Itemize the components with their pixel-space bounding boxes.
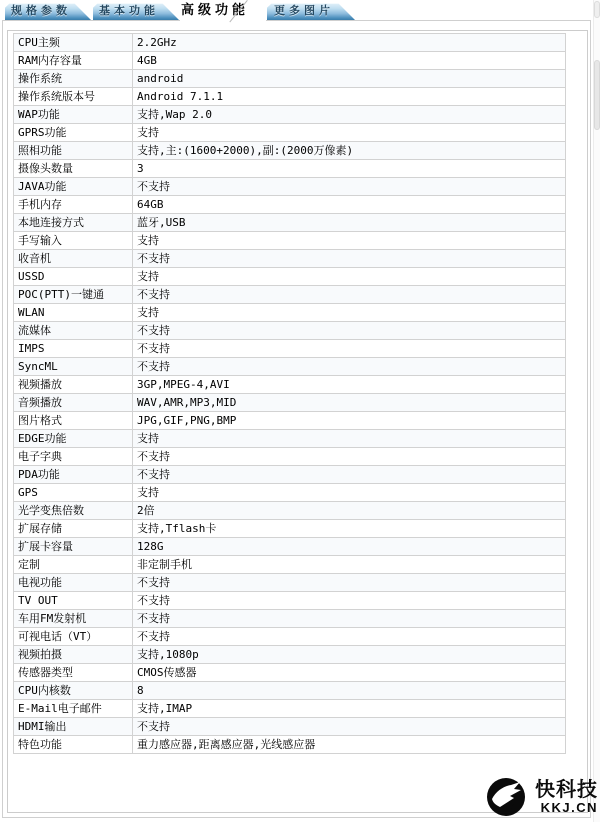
spec-label: IMPS xyxy=(14,340,133,358)
spec-value: 不支持 xyxy=(133,448,566,466)
spec-row: RAM内存容量4GB xyxy=(14,52,566,70)
spec-row: WLAN支持 xyxy=(14,304,566,322)
spec-value: 2.2GHz xyxy=(133,34,566,52)
spec-label: E-Mail电子邮件 xyxy=(14,700,133,718)
spec-row: 传感器类型CMOS传感器 xyxy=(14,664,566,682)
spec-label: 手机内存 xyxy=(14,196,133,214)
spec-value: android xyxy=(133,70,566,88)
spec-row: POC(PTT)一键通不支持 xyxy=(14,286,566,304)
spec-value: 不支持 xyxy=(133,340,566,358)
spec-value: 64GB xyxy=(133,196,566,214)
spec-label: CPU内核数 xyxy=(14,682,133,700)
tab-advanced-functions[interactable]: 高级功能 xyxy=(180,0,266,22)
spec-label: SyncML xyxy=(14,358,133,376)
spec-value: 非定制手机 xyxy=(133,556,566,574)
spec-row: 车用FM发射机不支持 xyxy=(14,610,566,628)
spec-label: GPRS功能 xyxy=(14,124,133,142)
spec-label: 本地连接方式 xyxy=(14,214,133,232)
tab-basic-functions[interactable]: 基本功能 xyxy=(93,3,179,20)
spec-row: 扩展存储支持,Tflash卡 xyxy=(14,520,566,538)
spec-value: 支持 xyxy=(133,268,566,286)
spec-value: 不支持 xyxy=(133,286,566,304)
spec-label: 视频播放 xyxy=(14,376,133,394)
spec-row: 照相功能支持,主:(1600+2000),副:(2000万像素) xyxy=(14,142,566,160)
spec-row: CPU主频2.2GHz xyxy=(14,34,566,52)
spec-row: 视频拍摄支持,1080p xyxy=(14,646,566,664)
spec-row: PDA功能不支持 xyxy=(14,466,566,484)
spec-label: WAP功能 xyxy=(14,106,133,124)
spec-row: 操作系统版本号Android 7.1.1 xyxy=(14,88,566,106)
spec-label: 操作系统 xyxy=(14,70,133,88)
scroll-up-button[interactable] xyxy=(594,1,600,18)
spec-row: 定制非定制手机 xyxy=(14,556,566,574)
spec-label: 手写输入 xyxy=(14,232,133,250)
spec-row: E-Mail电子邮件支持,IMAP xyxy=(14,700,566,718)
spec-row: HDMI输出不支持 xyxy=(14,718,566,736)
spec-label: PDA功能 xyxy=(14,466,133,484)
spec-value: 不支持 xyxy=(133,466,566,484)
spec-row: 电视功能不支持 xyxy=(14,574,566,592)
spec-value: 128G xyxy=(133,538,566,556)
scrollbar-thumb[interactable] xyxy=(594,60,600,130)
spec-value: 不支持 xyxy=(133,250,566,268)
spec-label: 传感器类型 xyxy=(14,664,133,682)
spec-label: 操作系统版本号 xyxy=(14,88,133,106)
spec-label: WLAN xyxy=(14,304,133,322)
spec-row: CPU内核数8 xyxy=(14,682,566,700)
spec-row: 收音机不支持 xyxy=(14,250,566,268)
spec-value: 支持 xyxy=(133,304,566,322)
scrollbar[interactable] xyxy=(593,0,600,822)
spec-label: 光学变焦倍数 xyxy=(14,502,133,520)
spec-value: 蓝牙,USB xyxy=(133,214,566,232)
spec-row: 流媒体不支持 xyxy=(14,322,566,340)
spec-label: 特色功能 xyxy=(14,736,133,754)
spec-value: 支持 xyxy=(133,232,566,250)
tab-label: 更多图片 xyxy=(267,3,341,20)
spec-value: 不支持 xyxy=(133,358,566,376)
spec-row: 操作系统android xyxy=(14,70,566,88)
watermark-text: 快科技 KKJ.CN xyxy=(528,779,598,815)
spec-label: JAVA功能 xyxy=(14,178,133,196)
spec-label: GPS xyxy=(14,484,133,502)
spec-label: 视频拍摄 xyxy=(14,646,133,664)
spec-label: EDGE功能 xyxy=(14,430,133,448)
spec-row: 本地连接方式蓝牙,USB xyxy=(14,214,566,232)
spec-row: 摄像头数量3 xyxy=(14,160,566,178)
spec-row: GPRS功能支持 xyxy=(14,124,566,142)
spec-value: 支持,1080p xyxy=(133,646,566,664)
tab-spec-params[interactable]: 规格参数 xyxy=(5,3,91,20)
spec-row: 图片格式JPG,GIF,PNG,BMP xyxy=(14,412,566,430)
spec-value: 支持 xyxy=(133,484,566,502)
tab-bar: 规格参数 基本功能 高级功能 更多图片 xyxy=(0,0,600,22)
spec-label: 照相功能 xyxy=(14,142,133,160)
spec-value: 支持,Tflash卡 xyxy=(133,520,566,538)
spec-value: 不支持 xyxy=(133,718,566,736)
spec-value: 不支持 xyxy=(133,592,566,610)
spec-label: RAM内存容量 xyxy=(14,52,133,70)
spec-row: 手写输入支持 xyxy=(14,232,566,250)
tab-label: 基本功能 xyxy=(93,3,165,20)
spec-row: 可视电话（VT）不支持 xyxy=(14,628,566,646)
spec-value: 3 xyxy=(133,160,566,178)
spec-value: 3GP,MPEG-4,AVI xyxy=(133,376,566,394)
lightning-arrow-icon xyxy=(486,777,526,817)
spec-row: TV OUT不支持 xyxy=(14,592,566,610)
tab-more-images[interactable]: 更多图片 xyxy=(267,3,355,20)
spec-label: 扩展存储 xyxy=(14,520,133,538)
spec-row: SyncML不支持 xyxy=(14,358,566,376)
spec-value: 支持 xyxy=(133,430,566,448)
spec-value: 重力感应器,距离感应器,光线感应器 xyxy=(133,736,566,754)
site-watermark: 快科技 KKJ.CN xyxy=(486,776,598,818)
spec-row: WAP功能支持,Wap 2.0 xyxy=(14,106,566,124)
spec-value: 支持,IMAP xyxy=(133,700,566,718)
spec-label: CPU主频 xyxy=(14,34,133,52)
spec-row: USSD支持 xyxy=(14,268,566,286)
spec-row: IMPS不支持 xyxy=(14,340,566,358)
content-panel: CPU主频2.2GHzRAM内存容量4GB操作系统android操作系统版本号A… xyxy=(2,20,591,818)
spec-label: 定制 xyxy=(14,556,133,574)
spec-value: 不支持 xyxy=(133,322,566,340)
spec-value: 支持 xyxy=(133,124,566,142)
spec-table-wrapper: CPU主频2.2GHzRAM内存容量4GB操作系统android操作系统版本号A… xyxy=(7,30,588,813)
watermark-site-domain: KKJ.CN xyxy=(528,801,598,815)
spec-label: 收音机 xyxy=(14,250,133,268)
spec-row: 手机内存64GB xyxy=(14,196,566,214)
spec-label: HDMI输出 xyxy=(14,718,133,736)
spec-label: 可视电话（VT） xyxy=(14,628,133,646)
spec-row: 视频播放3GP,MPEG-4,AVI xyxy=(14,376,566,394)
spec-value: 2倍 xyxy=(133,502,566,520)
tab-label: 规格参数 xyxy=(5,3,77,20)
spec-value: 不支持 xyxy=(133,178,566,196)
spec-row: 特色功能重力感应器,距离感应器,光线感应器 xyxy=(14,736,566,754)
spec-table: CPU主频2.2GHzRAM内存容量4GB操作系统android操作系统版本号A… xyxy=(13,33,566,754)
spec-value: 支持,Wap 2.0 xyxy=(133,106,566,124)
spec-value: WAV,AMR,MP3,MID xyxy=(133,394,566,412)
spec-value: 不支持 xyxy=(133,628,566,646)
spec-row: 电子字典不支持 xyxy=(14,448,566,466)
spec-value: CMOS传感器 xyxy=(133,664,566,682)
spec-label: 电视功能 xyxy=(14,574,133,592)
spec-value: JPG,GIF,PNG,BMP xyxy=(133,412,566,430)
spec-label: 车用FM发射机 xyxy=(14,610,133,628)
spec-row: 音频播放WAV,AMR,MP3,MID xyxy=(14,394,566,412)
spec-label: 图片格式 xyxy=(14,412,133,430)
spec-label: 音频播放 xyxy=(14,394,133,412)
spec-value: 不支持 xyxy=(133,610,566,628)
spec-label: 摄像头数量 xyxy=(14,160,133,178)
spec-value: 4GB xyxy=(133,52,566,70)
spec-row: GPS支持 xyxy=(14,484,566,502)
spec-row: EDGE功能支持 xyxy=(14,430,566,448)
spec-value: 8 xyxy=(133,682,566,700)
watermark-site-name: 快科技 xyxy=(528,779,598,801)
phone-spec-page: 规格参数 基本功能 高级功能 更多图片 CPU主频2.2GHzRAM内存容量4G… xyxy=(0,0,600,822)
spec-label: 电子字典 xyxy=(14,448,133,466)
spec-value: 不支持 xyxy=(133,574,566,592)
spec-label: 流媒体 xyxy=(14,322,133,340)
spec-label: USSD xyxy=(14,268,133,286)
spec-value: Android 7.1.1 xyxy=(133,88,566,106)
spec-value: 支持,主:(1600+2000),副:(2000万像素) xyxy=(133,142,566,160)
spec-row: 光学变焦倍数2倍 xyxy=(14,502,566,520)
spec-label: POC(PTT)一键通 xyxy=(14,286,133,304)
spec-row: 扩展卡容量128G xyxy=(14,538,566,556)
spec-row: JAVA功能不支持 xyxy=(14,178,566,196)
spec-label: 扩展卡容量 xyxy=(14,538,133,556)
spec-label: TV OUT xyxy=(14,592,133,610)
